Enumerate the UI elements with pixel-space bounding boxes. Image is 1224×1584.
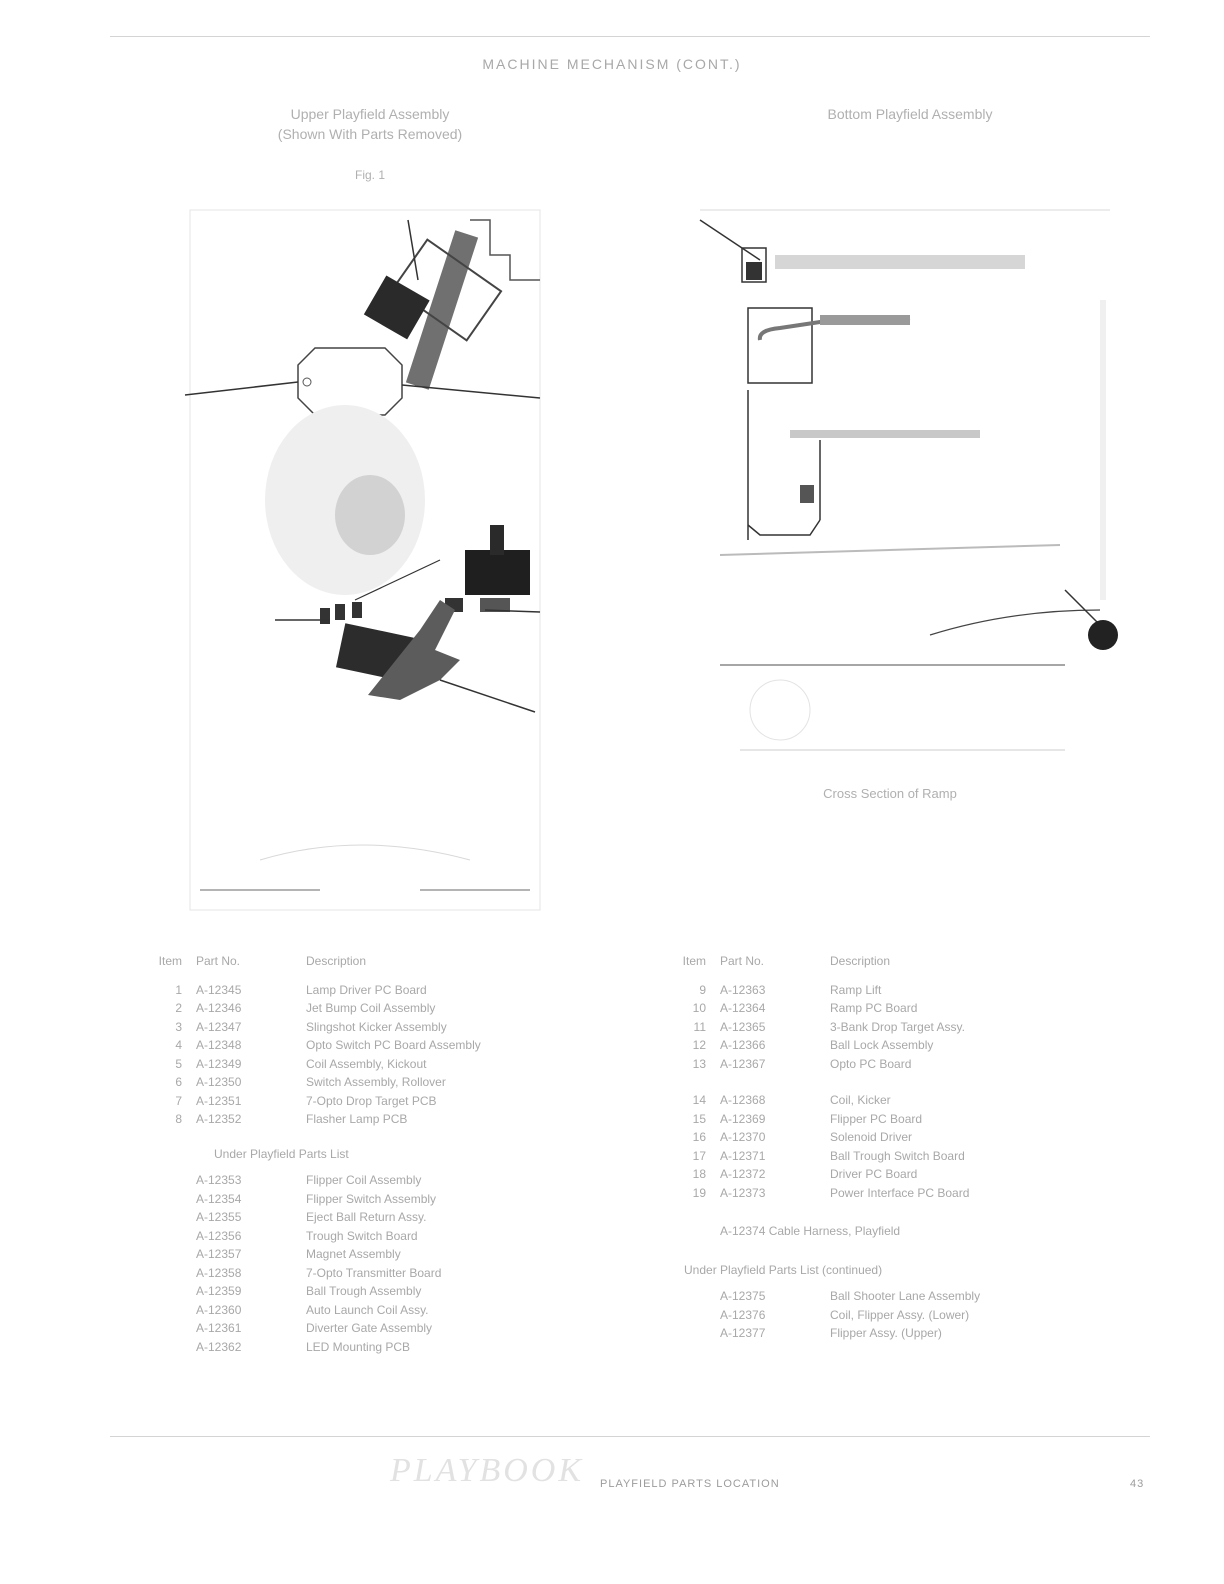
list-item: 1A-12345Lamp Driver PC Board <box>140 981 560 1000</box>
list-item: 9A-12363Ramp Lift <box>664 981 1114 1000</box>
list-item: A-12356Trough Switch Board <box>140 1227 560 1246</box>
list-item: 3A-12347Slingshot Kicker Assembly <box>140 1018 560 1037</box>
footer-text: PLAYFIELD PARTS LOCATION <box>600 1478 780 1490</box>
list-item: 14A-12368Coil, Kicker <box>664 1091 1114 1110</box>
list-item: 6A-12350Switch Assembly, Rollover <box>140 1073 560 1092</box>
list-item: A-12376Coil, Flipper Assy. (Lower) <box>664 1306 1114 1325</box>
left-under-section-title: Under Playfield Parts List <box>140 1145 560 1164</box>
list-item: 8A-12352Flasher Lamp PCB <box>140 1110 560 1129</box>
left-parts-header: Item Part No. Description <box>140 952 560 971</box>
list-item: A-12362LED Mounting PCB <box>140 1338 560 1357</box>
list-item: 10A-12364Ramp PC Board <box>664 999 1114 1018</box>
bottom-playfield-diagram <box>680 190 1130 770</box>
list-item: 13A-12367Opto PC Board <box>664 1055 1114 1074</box>
list-item: 5A-12349Coil Assembly, Kickout <box>140 1055 560 1074</box>
right-note: A-12374 Cable Harness, Playfield <box>664 1222 1114 1241</box>
list-item: A-12359Ball Trough Assembly <box>140 1282 560 1301</box>
right-diagram-title: Bottom Playfield Assembly <box>700 106 1120 122</box>
left-diagram-subtitle: Fig. 1 <box>180 168 560 182</box>
right-parts-list: Item Part No. Description 9A-12363Ramp L… <box>664 952 1114 1343</box>
page-header-title: MACHINE MECHANISM (CONT.) <box>0 56 1224 72</box>
list-item: A-12377Flipper Assy. (Upper) <box>664 1324 1114 1343</box>
top-rule <box>110 36 1150 37</box>
list-item: A-12361Diverter Gate Assembly <box>140 1319 560 1338</box>
list-item: 19A-12373Power Interface PC Board <box>664 1184 1114 1203</box>
page-number: 43 <box>1130 1478 1144 1490</box>
list-item: 17A-12371Ball Trough Switch Board <box>664 1147 1114 1166</box>
left-diagram-title-2: (Shown With Parts Removed) <box>180 126 560 142</box>
right-parts-header: Item Part No. Description <box>664 952 1114 971</box>
list-item: 12A-12366Ball Lock Assembly <box>664 1036 1114 1055</box>
list-item: A-12354Flipper Switch Assembly <box>140 1190 560 1209</box>
right-diagram-caption: Cross Section of Ramp <box>760 786 1020 801</box>
list-item: A-12375Ball Shooter Lane Assembly <box>664 1287 1114 1306</box>
list-item: A-12355Eject Ball Return Assy. <box>140 1208 560 1227</box>
list-item: 11A-123653-Bank Drop Target Assy. <box>664 1018 1114 1037</box>
list-item: A-12357Magnet Assembly <box>140 1245 560 1264</box>
list-item: A-12353Flipper Coil Assembly <box>140 1171 560 1190</box>
upper-playfield-diagram <box>140 200 580 920</box>
right-under-section-title: Under Playfield Parts List (continued) <box>664 1261 1114 1280</box>
left-diagram-title-1: Upper Playfield Assembly <box>180 106 560 122</box>
list-item: 4A-12348Opto Switch PC Board Assembly <box>140 1036 560 1055</box>
left-parts-list: Item Part No. Description 1A-12345Lamp D… <box>140 952 560 1356</box>
list-item: 15A-12369Flipper PC Board <box>664 1110 1114 1129</box>
list-item: 18A-12372Driver PC Board <box>664 1165 1114 1184</box>
list-item: 7A-123517-Opto Drop Target PCB <box>140 1092 560 1111</box>
list-item: A-123587-Opto Transmitter Board <box>140 1264 560 1283</box>
bottom-rule <box>110 1436 1150 1437</box>
list-item: A-12360Auto Launch Coil Assy. <box>140 1301 560 1320</box>
list-item: 16A-12370Solenoid Driver <box>664 1128 1114 1147</box>
footer-brand-logo: PLAYBOOK <box>390 1452 584 1490</box>
list-item: 2A-12346Jet Bump Coil Assembly <box>140 999 560 1018</box>
